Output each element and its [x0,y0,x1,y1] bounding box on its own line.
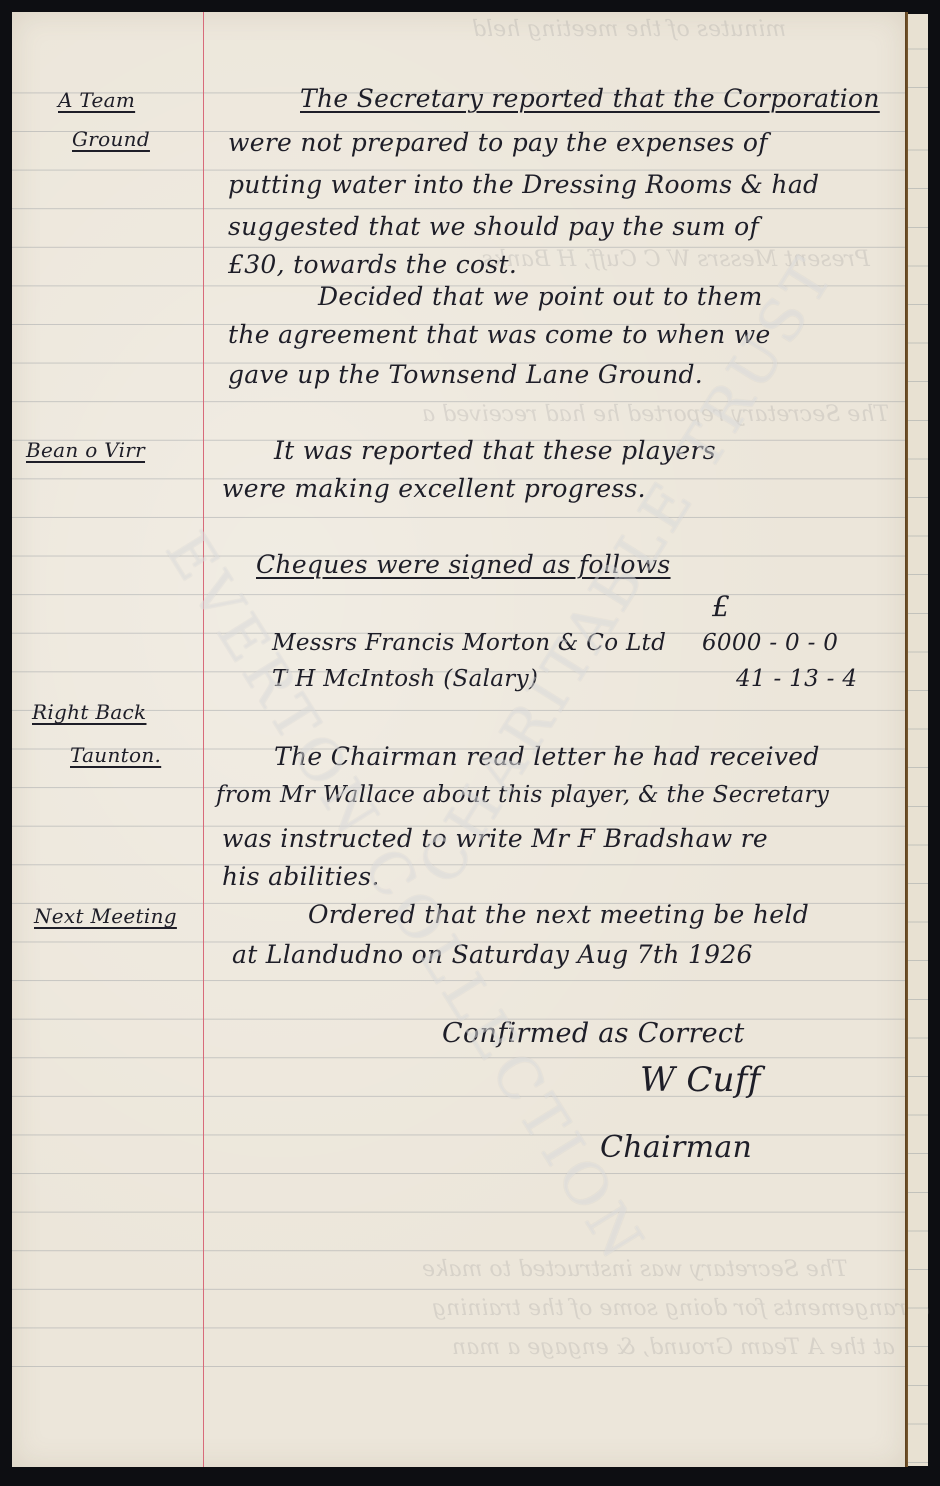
margin-heading-ground: Ground [72,127,150,151]
paragraph-line: Ordered that the next meeting be held [308,900,809,929]
adjacent-page-edge [908,14,928,1466]
chairman-title: Chairman [600,1130,752,1165]
bleed-through-text: The Secretary reported he had received a [422,402,889,427]
paragraph-line: It was reported that these players [274,436,716,465]
paragraph-line: was instructed to write Mr F Bradshaw re [222,824,768,853]
cheque-amount: 41 - 13 - 4 [736,666,857,692]
paragraph-line: at Llandudno on Saturday Aug 7th 1926 [232,940,753,969]
paragraph-line: The Chairman read letter he had received [274,742,820,771]
bleed-through-text: arrangements for doing some of the train… [432,1296,930,1321]
margin-heading-a-team: A Team [58,88,135,112]
bleed-through-text: Present Messrs W C Cuff, H Banks [482,247,870,272]
paragraph-line: The Secretary reported that the Corporat… [300,84,880,113]
margin-heading-next-meeting: Next Meeting [34,904,177,928]
bleed-through-text: The Secretary was instructed to make [422,1257,848,1282]
bleed-through-text: minutes of the meeting held [472,17,786,42]
paragraph-line: putting water into the Dressing Rooms & … [228,170,819,199]
margin-heading-bean-o-virr: Bean o Virr [26,438,145,462]
pound-symbol: £ [712,590,730,623]
paragraph-line: from Mr Wallace about this player, & the… [216,782,829,808]
paragraph-line: were making excellent progress. [222,474,646,503]
margin-rule [203,12,204,1467]
bleed-through-text: at the A Team Ground, & engage a man [452,1335,895,1360]
cheques-heading: Cheques were signed as follows [256,550,671,579]
cheque-amount: 6000 - 0 - 0 [702,630,838,656]
underlined-subject: The Secretary reported that the Corporat… [300,84,880,113]
paragraph-line: £30, towards the cost. [228,250,517,279]
paragraph-line: were not prepared to pay the expenses of [228,128,768,157]
margin-heading-right-back: Right Back [32,700,146,724]
paragraph-line: the agreement that was come to when we [228,320,771,349]
cheque-payee: Messrs Francis Morton & Co Ltd [272,630,666,656]
confirmation-text: Confirmed as Correct [442,1018,745,1049]
margin-heading-taunton: Taunton. [70,743,161,767]
paragraph-line: suggested that we should pay the sum of [228,212,759,241]
paragraph-line: his abilities. [222,862,380,891]
paragraph-line: gave up the Townsend Lane Ground. [228,360,703,389]
chairman-signature: W Cuff [640,1060,761,1100]
paragraph-line: Decided that we point out to them [318,282,763,311]
cheque-payee: T H McIntosh (Salary) [272,666,538,692]
